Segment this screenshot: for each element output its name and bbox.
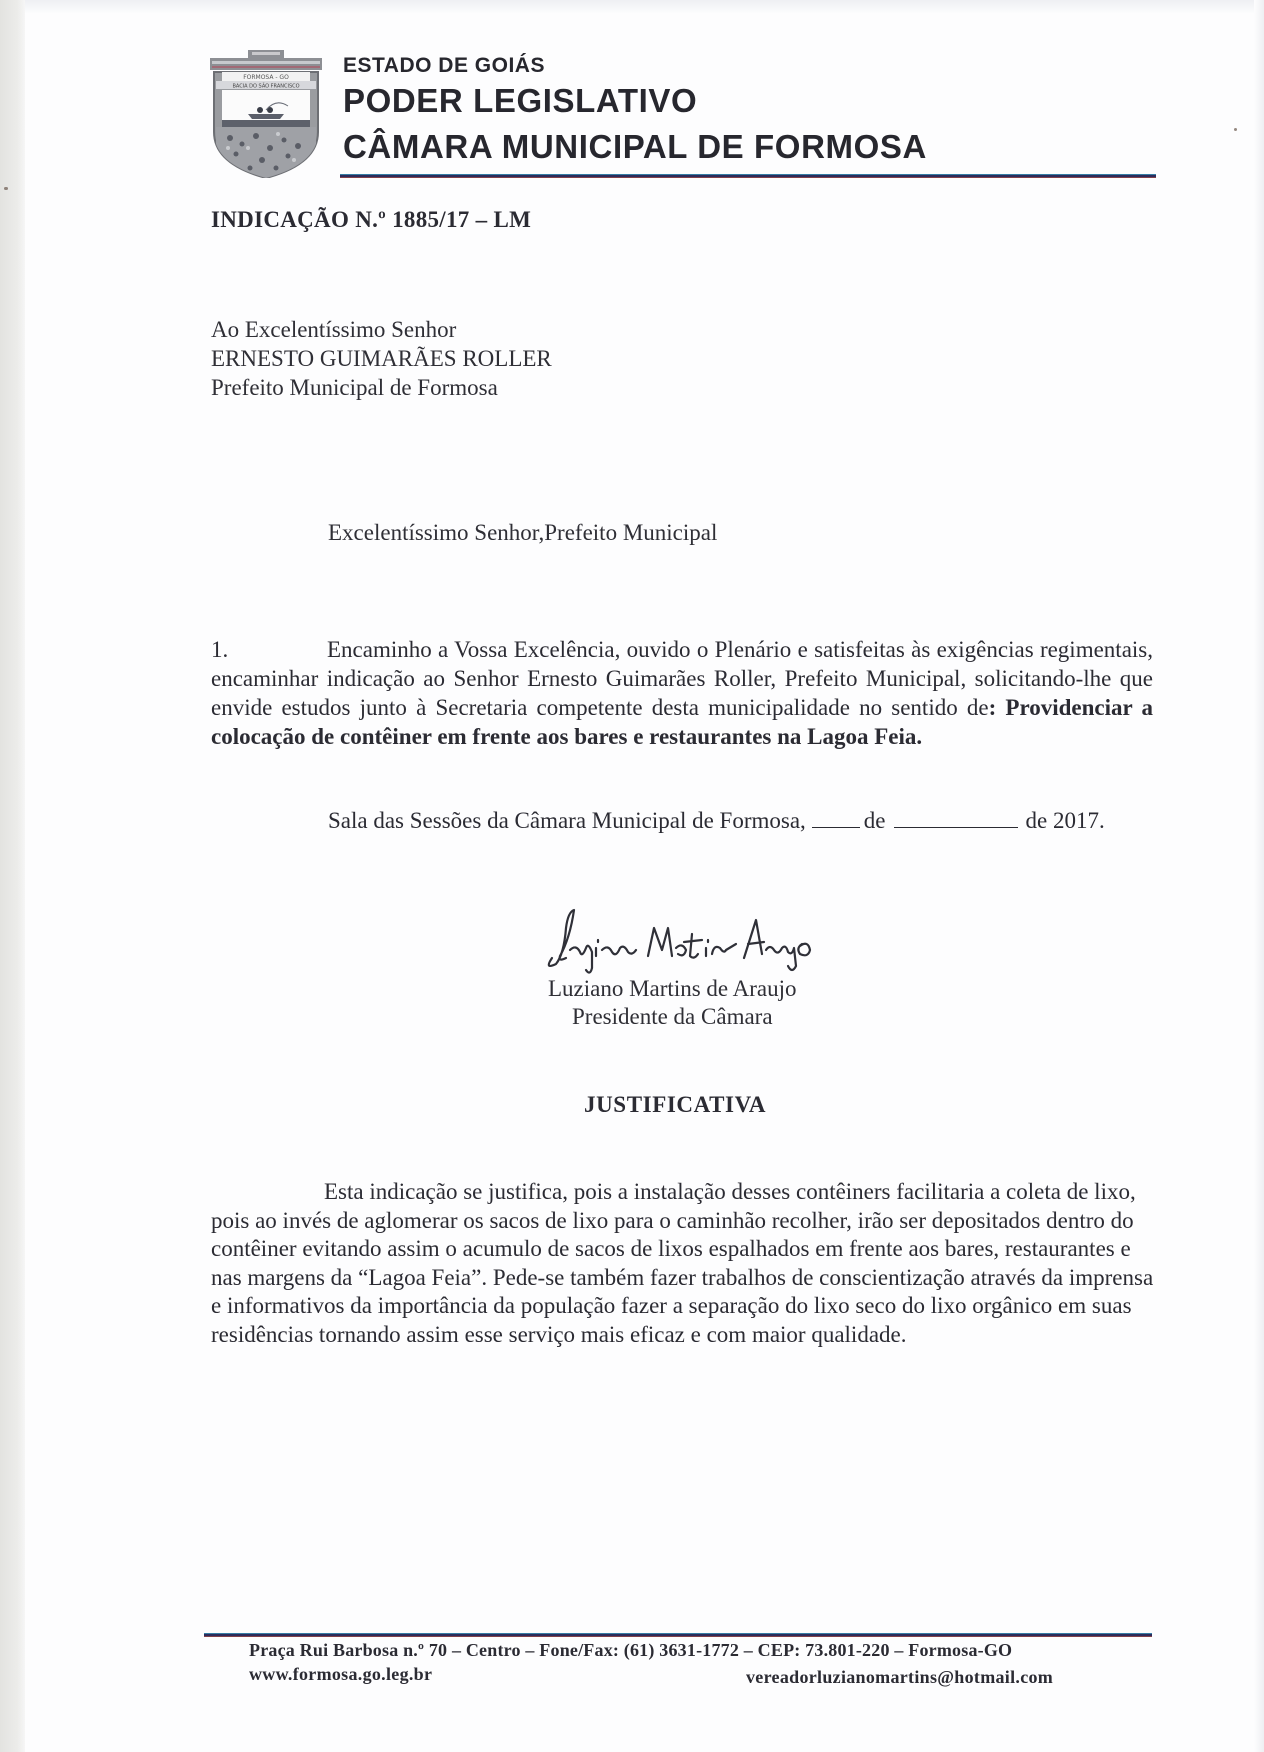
scan-edge-top [25, 0, 1264, 14]
state-name: ESTADO DE GOIÁS [343, 54, 545, 78]
document-number: INDICAÇÃO N.º 1885/17 – LM [211, 207, 531, 233]
scan-speck [1234, 128, 1237, 131]
closing-suffix: de 2017. [1026, 808, 1105, 833]
recipient-title: Prefeito Municipal de Formosa [211, 375, 498, 401]
scan-speck [4, 187, 8, 190]
session-closing: Sala das Sessões da Câmara Municipal de … [328, 807, 1148, 834]
header-divider [340, 174, 1156, 178]
closing-prefix: Sala das Sessões da Câmara Municipal de … [328, 808, 806, 833]
day-blank-field [812, 807, 860, 828]
footer-website-link[interactable]: www.formosa.go.leg.br [249, 1664, 432, 1685]
scan-edge-right [1254, 0, 1264, 1752]
chamber-name: CÂMARA MUNICIPAL DE FORMOSA [343, 128, 927, 166]
justification-heading: JUSTIFICATIVA [584, 1092, 766, 1118]
paragraph-number: 1. [211, 635, 327, 664]
month-blank-field [894, 807, 1018, 828]
salutation: Excelentíssimo Senhor,Prefeito Municipal [328, 520, 717, 546]
branch-name: PODER LEGISLATIVO [343, 82, 697, 120]
svg-text:BACIA DO SÃO FRANCISCO: BACIA DO SÃO FRANCISCO [232, 83, 299, 90]
handwritten-signature [530, 898, 830, 978]
signatory-title: Presidente da Câmara [572, 1004, 773, 1030]
municipal-crest-icon: FORMOSA - GO BACIA DO SÃO FRANCISCO [208, 48, 324, 178]
closing-middle: de [864, 808, 886, 833]
scan-edge-left [0, 0, 25, 1752]
svg-text:FORMOSA - GO: FORMOSA - GO [243, 74, 289, 81]
justification-body: Esta indicação se justifica, pois a inst… [211, 1179, 1153, 1347]
paragraph-1: 1.Encaminho a Vossa Excelência, ouvido o… [211, 635, 1153, 751]
footer-divider [204, 1633, 1152, 1637]
signatory-name: Luziano Martins de Araujo [548, 976, 796, 1002]
recipient-name: ERNESTO GUIMARÃES ROLLER [211, 346, 552, 372]
justification-text: Esta indicação se justifica, pois a inst… [211, 1178, 1161, 1350]
footer-address: Praça Rui Barbosa n.º 70 – Centro – Fone… [249, 1640, 1012, 1661]
footer-email-link[interactable]: vereadorluzianomartins@hotmail.com [746, 1667, 1053, 1688]
recipient-greeting: Ao Excelentíssimo Senhor [211, 317, 456, 343]
